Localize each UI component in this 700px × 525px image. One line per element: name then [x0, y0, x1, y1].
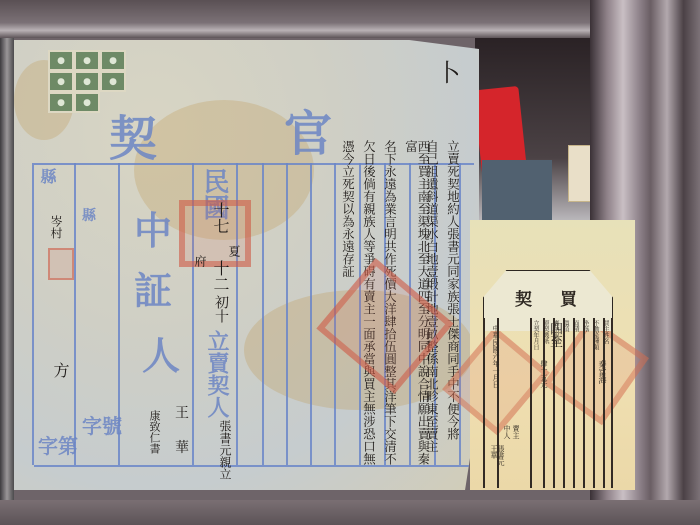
date-day: 初十 — [214, 295, 228, 323]
witness-heading-char: 証 — [134, 260, 172, 315]
column-rule — [262, 163, 264, 465]
title-char-qi: 契 — [109, 100, 157, 169]
revenue-stamp: ● — [48, 50, 74, 71]
certificate — [568, 145, 592, 202]
deed-header-cell: 坐落 — [582, 320, 588, 332]
framed-portrait — [482, 160, 552, 220]
witness-heading-char: 中 — [134, 200, 172, 255]
deed-header-cell: 買主姓名 — [602, 320, 608, 344]
deed-column-rule — [573, 318, 575, 488]
witness-name: 王 華 — [174, 405, 188, 461]
frame-line — [32, 163, 34, 465]
village-note: 岑村 — [50, 215, 62, 239]
printed-label: 字第 — [38, 430, 78, 459]
deed-header-cell: 價值 — [562, 320, 568, 332]
revenue-stamp: ● — [100, 71, 126, 92]
display-case-left-edge — [0, 38, 14, 508]
date-year: 十七 — [212, 202, 228, 234]
seller-label: 立賣契人 — [202, 330, 233, 418]
bottom-name: 張書元 — [497, 445, 504, 466]
deed-header-cell: 立契年月日 — [532, 320, 538, 350]
deed-column-rule — [583, 318, 585, 488]
printed-label: 字號 — [82, 410, 122, 439]
deed-body-column: 立賣死契地約人張書元同家族張士傑商同手中不便今將 — [446, 140, 459, 470]
revenue-stamp: ● — [74, 92, 100, 113]
column-rule — [310, 163, 312, 465]
revenue-stamp: ● — [74, 71, 100, 92]
side-note: 方 — [52, 362, 68, 378]
date-line: 中華民國六年一月日 — [492, 325, 499, 388]
revenue-stamp: ● — [74, 50, 100, 71]
column-rule — [459, 163, 461, 465]
buyer-name: 秦富海 — [598, 360, 606, 384]
scribe-name: 康致仁書 — [149, 410, 160, 454]
frame-line — [74, 163, 76, 465]
revenue-stamp: ● — [48, 92, 74, 113]
printed-label: 縣 — [82, 205, 96, 225]
display-case-bottom-frame — [0, 500, 700, 525]
column-rule — [286, 163, 288, 465]
deed-header-cell: 應納稅額 — [552, 320, 558, 344]
seller-signature: 張書元親立 — [219, 420, 231, 480]
deed-column-rule — [483, 318, 485, 488]
deed-header-cell: 面積 — [572, 320, 578, 332]
bottom-label: 中人 — [503, 425, 510, 439]
deed-title-char: 契 — [515, 285, 532, 310]
corner-mark: 卜 — [434, 60, 458, 84]
date-note: 夏 — [228, 245, 240, 257]
date-note: 府 — [194, 255, 206, 267]
deed-header-cell: 原契幾紙 — [542, 320, 548, 344]
deed-column-rule — [611, 318, 613, 488]
date-month: 十二 — [212, 260, 228, 292]
deed-header-cell: 不動產種類 — [592, 320, 598, 350]
deed-title-char: 買 — [560, 285, 577, 310]
bottom-name: 王華 — [490, 445, 497, 459]
deed-column-rule — [563, 318, 565, 488]
bottom-label: 賣主 — [512, 425, 519, 439]
revenue-stamp: ● — [48, 71, 74, 92]
price-note: 肆十五元 — [540, 360, 547, 388]
title-char-guan: 官 — [284, 95, 332, 164]
revenue-stamp: ● — [100, 50, 126, 71]
main-land-deed: ●●●●●●●● 契 官 卜 縣 縣 字第 字號 中 証 人 民國 十七 府 夏… — [14, 40, 479, 490]
printed-label: 縣 — [36, 168, 59, 184]
witness-heading-char: 人 — [142, 325, 180, 380]
small-seal — [48, 248, 74, 280]
